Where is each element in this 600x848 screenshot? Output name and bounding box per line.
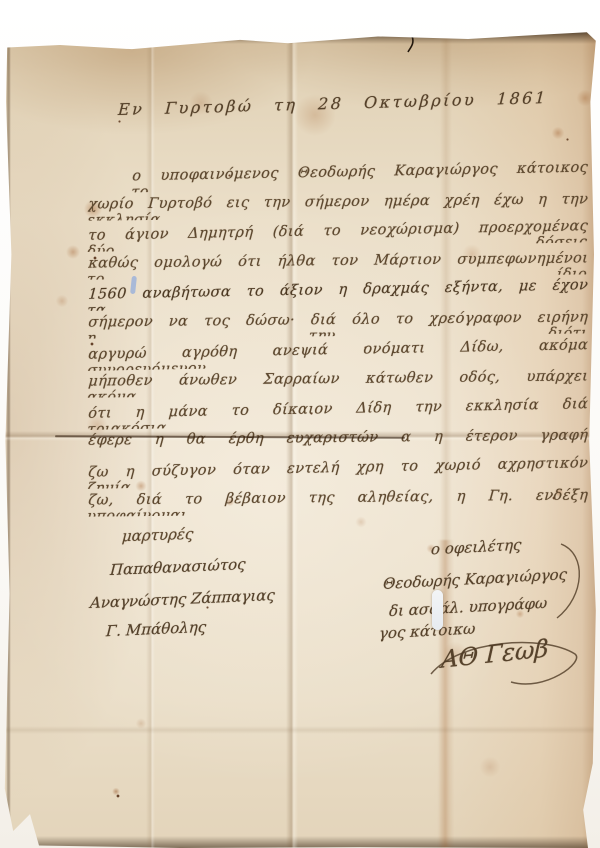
handwriting-line: σήμερον να τος δώσω· διά όλο το χρεόγραφ… bbox=[87, 309, 589, 338]
handwriting-line: το άγιον Δημητρή (διά το νεοχώρισμα) προ… bbox=[87, 218, 589, 252]
handwriting-line: ζω, διά το βέβαιον της αληθείας, η Γη. ε… bbox=[87, 487, 589, 516]
handwriting-line: έφερε η θα έρθη ευχαριστών α η έτερον γρ… bbox=[87, 428, 589, 457]
signature-line: ο οφειλέτης bbox=[431, 536, 522, 559]
signature-line: δι ασφάλ. υπογράφω bbox=[389, 594, 548, 620]
handwriting-line: χωρίο Γυρτοβό εις την σήμερον ημέρα χρέη… bbox=[87, 191, 589, 220]
white-tape-fleck bbox=[432, 590, 443, 630]
handwriting-line: 1560 αναβήτωσα το άξιον η δραχμάς εξήντα… bbox=[87, 278, 589, 312]
handwriting-line: καθώς ομολογώ ότι ήλθα τον Μάρτιον συμπε… bbox=[87, 250, 589, 279]
letter-body: ο υποφαινόμενος Θεοδωρής Καραγιώργος κάτ… bbox=[0, 0, 600, 848]
signature-flourish bbox=[425, 634, 585, 698]
witness-names: ΠαπαθανασιώτοςΑναγνώστης ΖάππαγιαςΓ. Μπά… bbox=[86, 524, 356, 654]
ofeiletis-flourish bbox=[553, 540, 593, 624]
handwriting-line: αργυρώ αγρόθη ανεψιά ονόματι Δίδω, ακόμα… bbox=[87, 337, 589, 371]
handwriting-line: μήποθεν άνωθεν Σαρραίων κάτωθεν οδός, υπ… bbox=[87, 369, 589, 398]
witness-signatures-block: μαρτυρές ΠαπαθανασιώτοςΑναγνώστης Ζάππαγ… bbox=[86, 524, 356, 654]
letter-paper: Εν Γυρτοβώ τη 28 Οκτωβρίου 1861 ο υποφαι… bbox=[0, 0, 600, 848]
signature-line: Θεοδωρής Καραγιώργος bbox=[383, 565, 568, 593]
witness-name: Παπαθανασιώτος bbox=[110, 555, 247, 579]
witness-name: Αναγνώστης Ζάππαγιας bbox=[90, 586, 276, 612]
handwriting-line: ότι η μάνα το δίκαιον Δίδη την εκκλησία … bbox=[87, 396, 589, 430]
witness-name: Γ. Μπάθολης bbox=[105, 618, 206, 640]
handwriting-line: ο υποφαινόμενος Θεοδωρής Καραγιώργος κάτ… bbox=[131, 160, 589, 193]
scanned-letter-page: Εν Γυρτοβώ τη 28 Οκτωβρίου 1861 ο υποφαι… bbox=[0, 0, 600, 848]
debtor-signature-block: ο οφειλέτηςΘεοδωρής Καραγιώργοςδι ασφάλ.… bbox=[375, 538, 593, 688]
handwriting-line: ζω η σύζυγον όταν εντελή χρη το χωριό αχ… bbox=[87, 455, 589, 489]
